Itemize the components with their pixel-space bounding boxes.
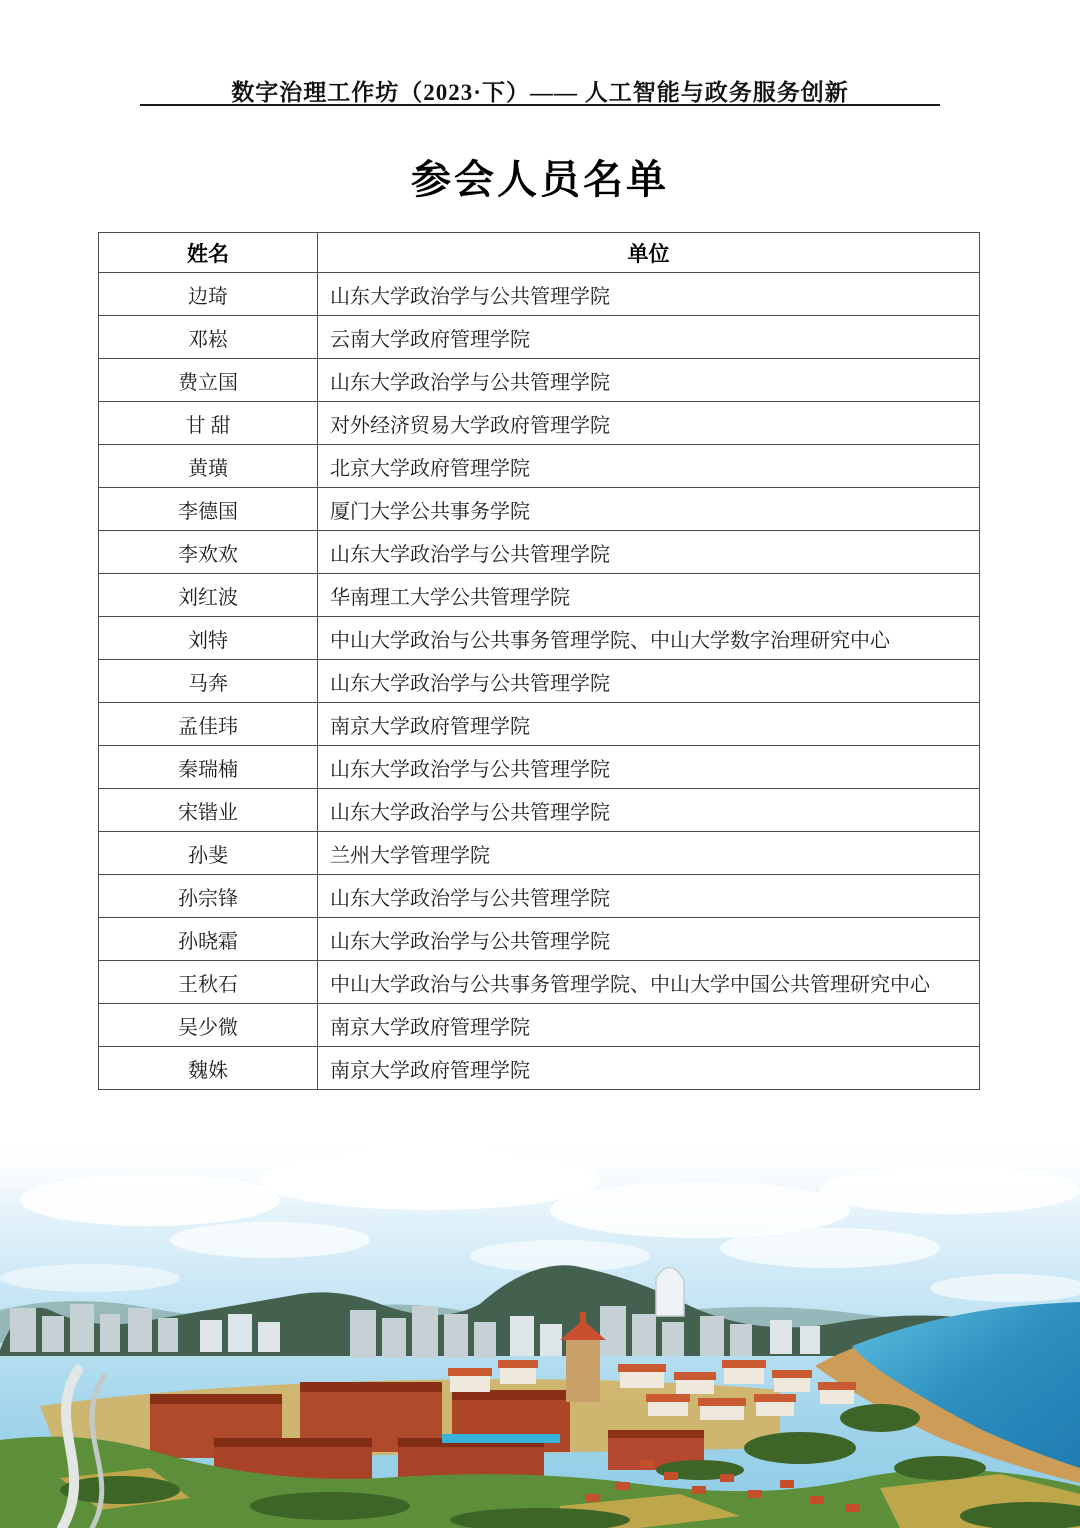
name-cell: 李欢欢	[99, 531, 318, 574]
table-row: 孙宗锋山东大学政治学与公共管理学院	[99, 875, 980, 918]
table-row: 孙斐兰州大学管理学院	[99, 832, 980, 875]
name-cell: 邓崧	[99, 316, 318, 359]
name-cell: 费立国	[99, 359, 318, 402]
name-cell: 孙斐	[99, 832, 318, 875]
participants-table: 姓名 单位 边琦山东大学政治学与公共管理学院邓崧云南大学政府管理学院费立国山东大…	[98, 232, 980, 1090]
unit-cell: 北京大学政府管理学院	[318, 445, 980, 488]
photo-scene	[0, 1138, 1080, 1528]
campus-aerial-photo	[0, 1138, 1080, 1528]
name-cell: 刘红波	[99, 574, 318, 617]
table-body: 边琦山东大学政治学与公共管理学院邓崧云南大学政府管理学院费立国山东大学政治学与公…	[99, 273, 980, 1090]
header-row: 姓名 单位	[99, 233, 980, 273]
table-row: 甘 甜对外经济贸易大学政府管理学院	[99, 402, 980, 445]
table-row: 孟佳玮南京大学政府管理学院	[99, 703, 980, 746]
unit-cell: 云南大学政府管理学院	[318, 316, 980, 359]
unit-cell: 对外经济贸易大学政府管理学院	[318, 402, 980, 445]
name-cell: 魏姝	[99, 1047, 318, 1090]
pool	[442, 1434, 560, 1443]
table-row: 黄璜北京大学政府管理学院	[99, 445, 980, 488]
unit-cell: 中山大学政治与公共事务管理学院、中山大学数字治理研究中心	[318, 617, 980, 660]
unit-cell: 山东大学政治学与公共管理学院	[318, 660, 980, 703]
table-row: 秦瑞楠山东大学政治学与公共管理学院	[99, 746, 980, 789]
document-page: 数字治理工作坊（2023·下）—— 人工智能与政务服务创新 参会人员名单 姓名 …	[0, 0, 1080, 1528]
unit-cell: 南京大学政府管理学院	[318, 703, 980, 746]
table-row: 边琦山东大学政治学与公共管理学院	[99, 273, 980, 316]
table-row: 刘特中山大学政治与公共事务管理学院、中山大学数字治理研究中心	[99, 617, 980, 660]
running-head: 数字治理工作坊（2023·下）—— 人工智能与政务服务创新	[0, 74, 1080, 107]
name-cell: 甘 甜	[99, 402, 318, 445]
table-row: 吴少微南京大学政府管理学院	[99, 1004, 980, 1047]
table-row: 李欢欢山东大学政治学与公共管理学院	[99, 531, 980, 574]
unit-cell: 中山大学政治与公共事务管理学院、中山大学中国公共管理研究中心	[318, 961, 980, 1004]
name-cell: 李德国	[99, 488, 318, 531]
photo-top-fade	[0, 1138, 1080, 1208]
name-cell: 孟佳玮	[99, 703, 318, 746]
name-cell: 马奔	[99, 660, 318, 703]
sail-tower	[656, 1267, 684, 1316]
unit-cell: 山东大学政治学与公共管理学院	[318, 789, 980, 832]
name-cell: 边琦	[99, 273, 318, 316]
name-cell: 刘特	[99, 617, 318, 660]
table-row: 王秋石中山大学政治与公共事务管理学院、中山大学中国公共管理研究中心	[99, 961, 980, 1004]
name-cell: 吴少微	[99, 1004, 318, 1047]
name-cell: 秦瑞楠	[99, 746, 318, 789]
table-row: 魏姝南京大学政府管理学院	[99, 1047, 980, 1090]
column-header-name: 姓名	[99, 233, 318, 273]
table-header: 姓名 单位	[99, 233, 980, 273]
column-header-unit: 单位	[318, 233, 980, 273]
table-row: 李德国厦门大学公共事务学院	[99, 488, 980, 531]
unit-cell: 南京大学政府管理学院	[318, 1047, 980, 1090]
unit-cell: 山东大学政治学与公共管理学院	[318, 531, 980, 574]
header-rule	[140, 104, 940, 106]
unit-cell: 厦门大学公共事务学院	[318, 488, 980, 531]
unit-cell: 山东大学政治学与公共管理学院	[318, 875, 980, 918]
table-row: 刘红波华南理工大学公共管理学院	[99, 574, 980, 617]
name-cell: 王秋石	[99, 961, 318, 1004]
unit-cell: 山东大学政治学与公共管理学院	[318, 359, 980, 402]
table-row: 邓崧云南大学政府管理学院	[99, 316, 980, 359]
table-row: 费立国山东大学政治学与公共管理学院	[99, 359, 980, 402]
table-row: 宋锴业山东大学政治学与公共管理学院	[99, 789, 980, 832]
unit-cell: 兰州大学管理学院	[318, 832, 980, 875]
name-cell: 黄璜	[99, 445, 318, 488]
unit-cell: 山东大学政治学与公共管理学院	[318, 746, 980, 789]
unit-cell: 南京大学政府管理学院	[318, 1004, 980, 1047]
unit-cell: 华南理工大学公共管理学院	[318, 574, 980, 617]
name-cell: 孙晓霜	[99, 918, 318, 961]
table-row: 马奔山东大学政治学与公共管理学院	[99, 660, 980, 703]
name-cell: 宋锴业	[99, 789, 318, 832]
unit-cell: 山东大学政治学与公共管理学院	[318, 273, 980, 316]
name-cell: 孙宗锋	[99, 875, 318, 918]
table-row: 孙晓霜山东大学政治学与公共管理学院	[99, 918, 980, 961]
page-title: 参会人员名单	[0, 148, 1080, 205]
unit-cell: 山东大学政治学与公共管理学院	[318, 918, 980, 961]
